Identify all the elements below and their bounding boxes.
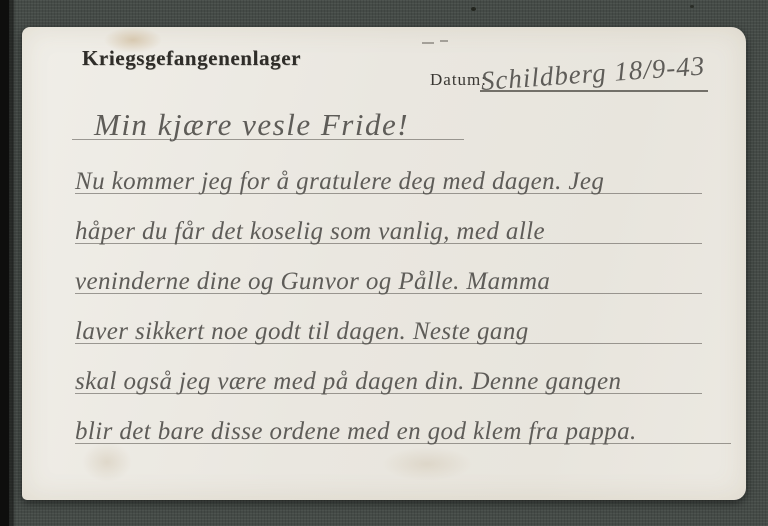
dust-speck [690,5,694,8]
paper-stain [82,442,132,482]
paper-stain [382,447,472,481]
handwritten-text: laver sikkert noe godt til dagen. Neste … [75,318,529,346]
datum-label: Datum: [430,70,487,90]
handwritten-body: Nu kommer jeg for å gratulere deg med da… [75,144,747,444]
datum-underline: Schildberg 18/9-43 [480,47,708,92]
dust-speck [471,7,476,11]
handwritten-line: veninderne dine og Gunvor og Pålle. Mamm… [75,244,702,294]
handwritten-line: håper du får det koselig som vanlig, med… [75,194,702,244]
salutation-rule-line: Min kjære vesle Fride! [72,97,464,140]
handwritten-text: blir det bare disse ordene med en god kl… [75,418,637,446]
pencil-dash-mark [440,40,448,42]
handwritten-text: skal også jeg være med på dagen din. Den… [75,368,621,396]
datum-handwritten-value: Schildberg 18/9-43 [480,50,706,97]
handwritten-line: blir det bare disse ordene med en god kl… [75,394,731,444]
handwritten-line: laver sikkert noe godt til dagen. Neste … [75,294,702,344]
printed-header: Kriegsgefangenenlager [82,46,301,71]
handwritten-text: veninderne dine og Gunvor og Pålle. Mamm… [75,268,550,296]
salutation-text: Min kjære vesle Fride! [94,107,409,143]
handwritten-line: Nu kommer jeg for å gratulere deg med da… [75,144,702,194]
handwritten-text: håper du får det koselig som vanlig, med… [75,218,545,246]
postcard: Kriegsgefangenenlager Datum: Schildberg … [22,27,746,500]
handwritten-line: skal også jeg være med på dagen din. Den… [75,344,702,394]
pencil-dash-mark [422,42,434,44]
handwritten-text: Nu kommer jeg for å gratulere deg med da… [75,168,604,196]
album-spine-shadow [0,0,15,526]
album-background: Kriegsgefangenenlager Datum: Schildberg … [0,0,768,526]
